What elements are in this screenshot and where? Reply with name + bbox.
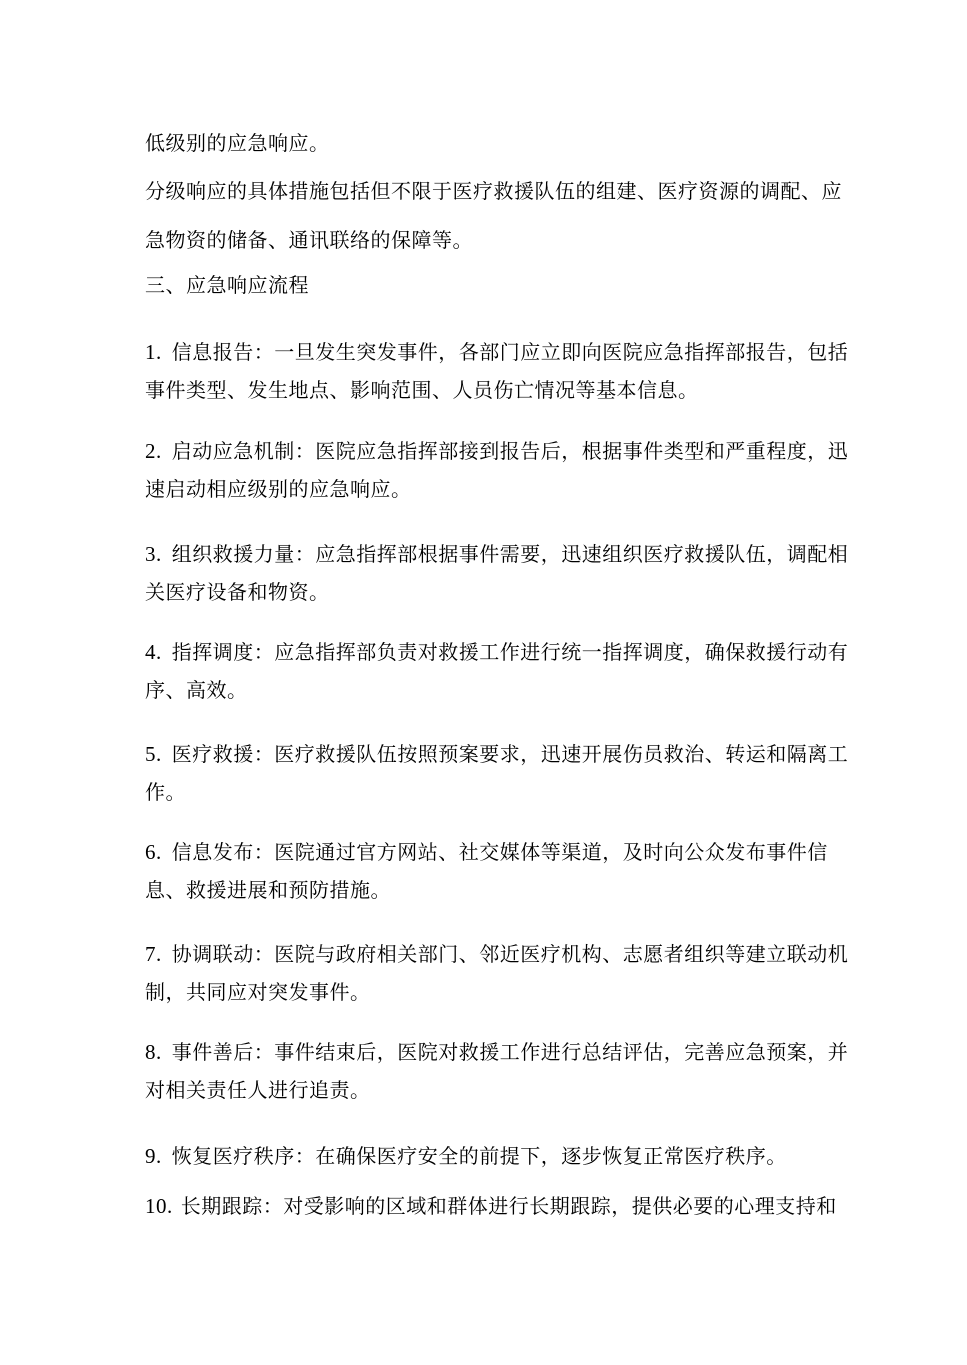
list-item-text: 信息报告：一旦发生突发事件，各部门应立即向医院应急指挥部报告，包括 [172,342,849,364]
section-heading-text: 三、应急响应流程 [145,267,905,305]
list-item-line: 8.事件善后：事件结束后，医院对救援工作进行总结评估，完善应急预案，并 [145,1033,905,1072]
list-item-text: 启动应急机制：医院应急指挥部接到报告后，根据事件类型和严重程度，迅 [172,441,849,463]
list-item-8: 8.事件善后：事件结束后，医院对救援工作进行总结评估，完善应急预案，并 对相关责… [145,1033,905,1110]
text-line: 急物资的储备、通讯联络的保障等。 [145,217,905,266]
list-item-4: 4.指挥调度：应急指挥部负责对救援工作进行统一指挥调度，确保救援行动有 序、高效… [145,633,905,710]
list-item-6: 6.信息发布：医院通过官方网站、社交媒体等渠道，及时向公众发布事件信 息、救援进… [145,833,905,910]
list-item-7: 7.协调联动：医院与政府相关部门、邻近医疗机构、志愿者组织等建立联动机 制，共同… [145,935,905,1012]
list-item-line: 速启动相应级别的应急响应。 [145,471,905,509]
list-item-number: 3. [145,542,162,566]
list-item-line: 作。 [145,774,905,812]
list-item-line: 息、救援进展和预防措施。 [145,872,905,910]
list-item-text: 协调联动：医院与政府相关部门、邻近医疗机构、志愿者组织等建立联动机 [172,944,849,966]
list-item-number: 5. [145,742,162,766]
section-heading: 三、应急响应流程 [145,267,905,305]
paragraph-continuation: 低级别的应急响应。 [145,120,905,169]
list-item-line: 1.信息报告：一旦发生突发事件，各部门应立即向医院应急指挥部报告，包括 [145,333,905,372]
list-item-line: 9.恢复医疗秩序：在确保医疗安全的前提下，逐步恢复正常医疗秩序。 [145,1137,905,1176]
list-item-line: 事件类型、发生地点、影响范围、人员伤亡情况等基本信息。 [145,372,905,410]
list-item-line: 6.信息发布：医院通过官方网站、社交媒体等渠道，及时向公众发布事件信 [145,833,905,872]
list-item-number: 1. [145,340,162,364]
text-line: 低级别的应急响应。 [145,120,905,169]
list-item-text: 恢复医疗秩序：在确保医疗安全的前提下，逐步恢复正常医疗秩序。 [172,1146,787,1168]
document-page: 低级别的应急响应。 分级响应的具体措施包括但不限于医疗救援队伍的组建、医疗资源的… [0,0,967,1365]
list-item-line: 3.组织救援力量：应急指挥部根据事件需要，迅速组织医疗救援队伍，调配相 [145,535,905,574]
list-item-line: 5.医疗救援：医疗救援队伍按照预案要求，迅速开展伤员救治、转运和隔离工 [145,735,905,774]
list-item-line: 7.协调联动：医院与政府相关部门、邻近医疗机构、志愿者组织等建立联动机 [145,935,905,974]
list-item-text: 信息发布：医院通过官方网站、社交媒体等渠道，及时向公众发布事件信 [172,842,828,864]
list-item-1: 1.信息报告：一旦发生突发事件，各部门应立即向医院应急指挥部报告，包括 事件类型… [145,333,905,410]
paragraph-graded-response: 分级响应的具体措施包括但不限于医疗救援队伍的组建、医疗资源的调配、应 急物资的储… [145,168,905,266]
list-item-line: 10.长期跟踪：对受影响的区域和群体进行长期跟踪，提供必要的心理支持和 [145,1187,905,1226]
list-item-text: 组织救援力量：应急指挥部根据事件需要，迅速组织医疗救援队伍，调配相 [172,544,849,566]
list-item-text: 事件善后：事件结束后，医院对救援工作进行总结评估，完善应急预案，并 [172,1042,849,1064]
list-item-2: 2.启动应急机制：医院应急指挥部接到报告后，根据事件类型和严重程度，迅 速启动相… [145,432,905,509]
list-item-line: 制，共同应对突发事件。 [145,974,905,1012]
list-item-line: 2.启动应急机制：医院应急指挥部接到报告后，根据事件类型和严重程度，迅 [145,432,905,471]
list-item-number: 4. [145,640,162,664]
list-item-text: 长期跟踪：对受影响的区域和群体进行长期跟踪，提供必要的心理支持和 [181,1196,837,1218]
list-item-number: 6. [145,840,162,864]
list-item-line: 序、高效。 [145,672,905,710]
list-item-number: 8. [145,1040,162,1064]
list-item-line: 关医疗设备和物资。 [145,574,905,612]
list-item-9: 9.恢复医疗秩序：在确保医疗安全的前提下，逐步恢复正常医疗秩序。 [145,1137,905,1176]
list-item-number: 9. [145,1144,162,1168]
list-item-number: 10. [145,1194,173,1218]
list-item-line: 对相关责任人进行追责。 [145,1072,905,1110]
list-item-5: 5.医疗救援：医疗救援队伍按照预案要求，迅速开展伤员救治、转运和隔离工 作。 [145,735,905,812]
list-item-line: 4.指挥调度：应急指挥部负责对救援工作进行统一指挥调度，确保救援行动有 [145,633,905,672]
list-item-text: 医疗救援：医疗救援队伍按照预案要求，迅速开展伤员救治、转运和隔离工 [172,744,849,766]
list-item-10: 10.长期跟踪：对受影响的区域和群体进行长期跟踪，提供必要的心理支持和 [145,1187,905,1226]
list-item-3: 3.组织救援力量：应急指挥部根据事件需要，迅速组织医疗救援队伍，调配相 关医疗设… [145,535,905,612]
list-item-text: 指挥调度：应急指挥部负责对救援工作进行统一指挥调度，确保救援行动有 [172,642,849,664]
text-line: 分级响应的具体措施包括但不限于医疗救援队伍的组建、医疗资源的调配、应 [145,168,905,217]
list-item-number: 2. [145,439,162,463]
list-item-number: 7. [145,942,162,966]
